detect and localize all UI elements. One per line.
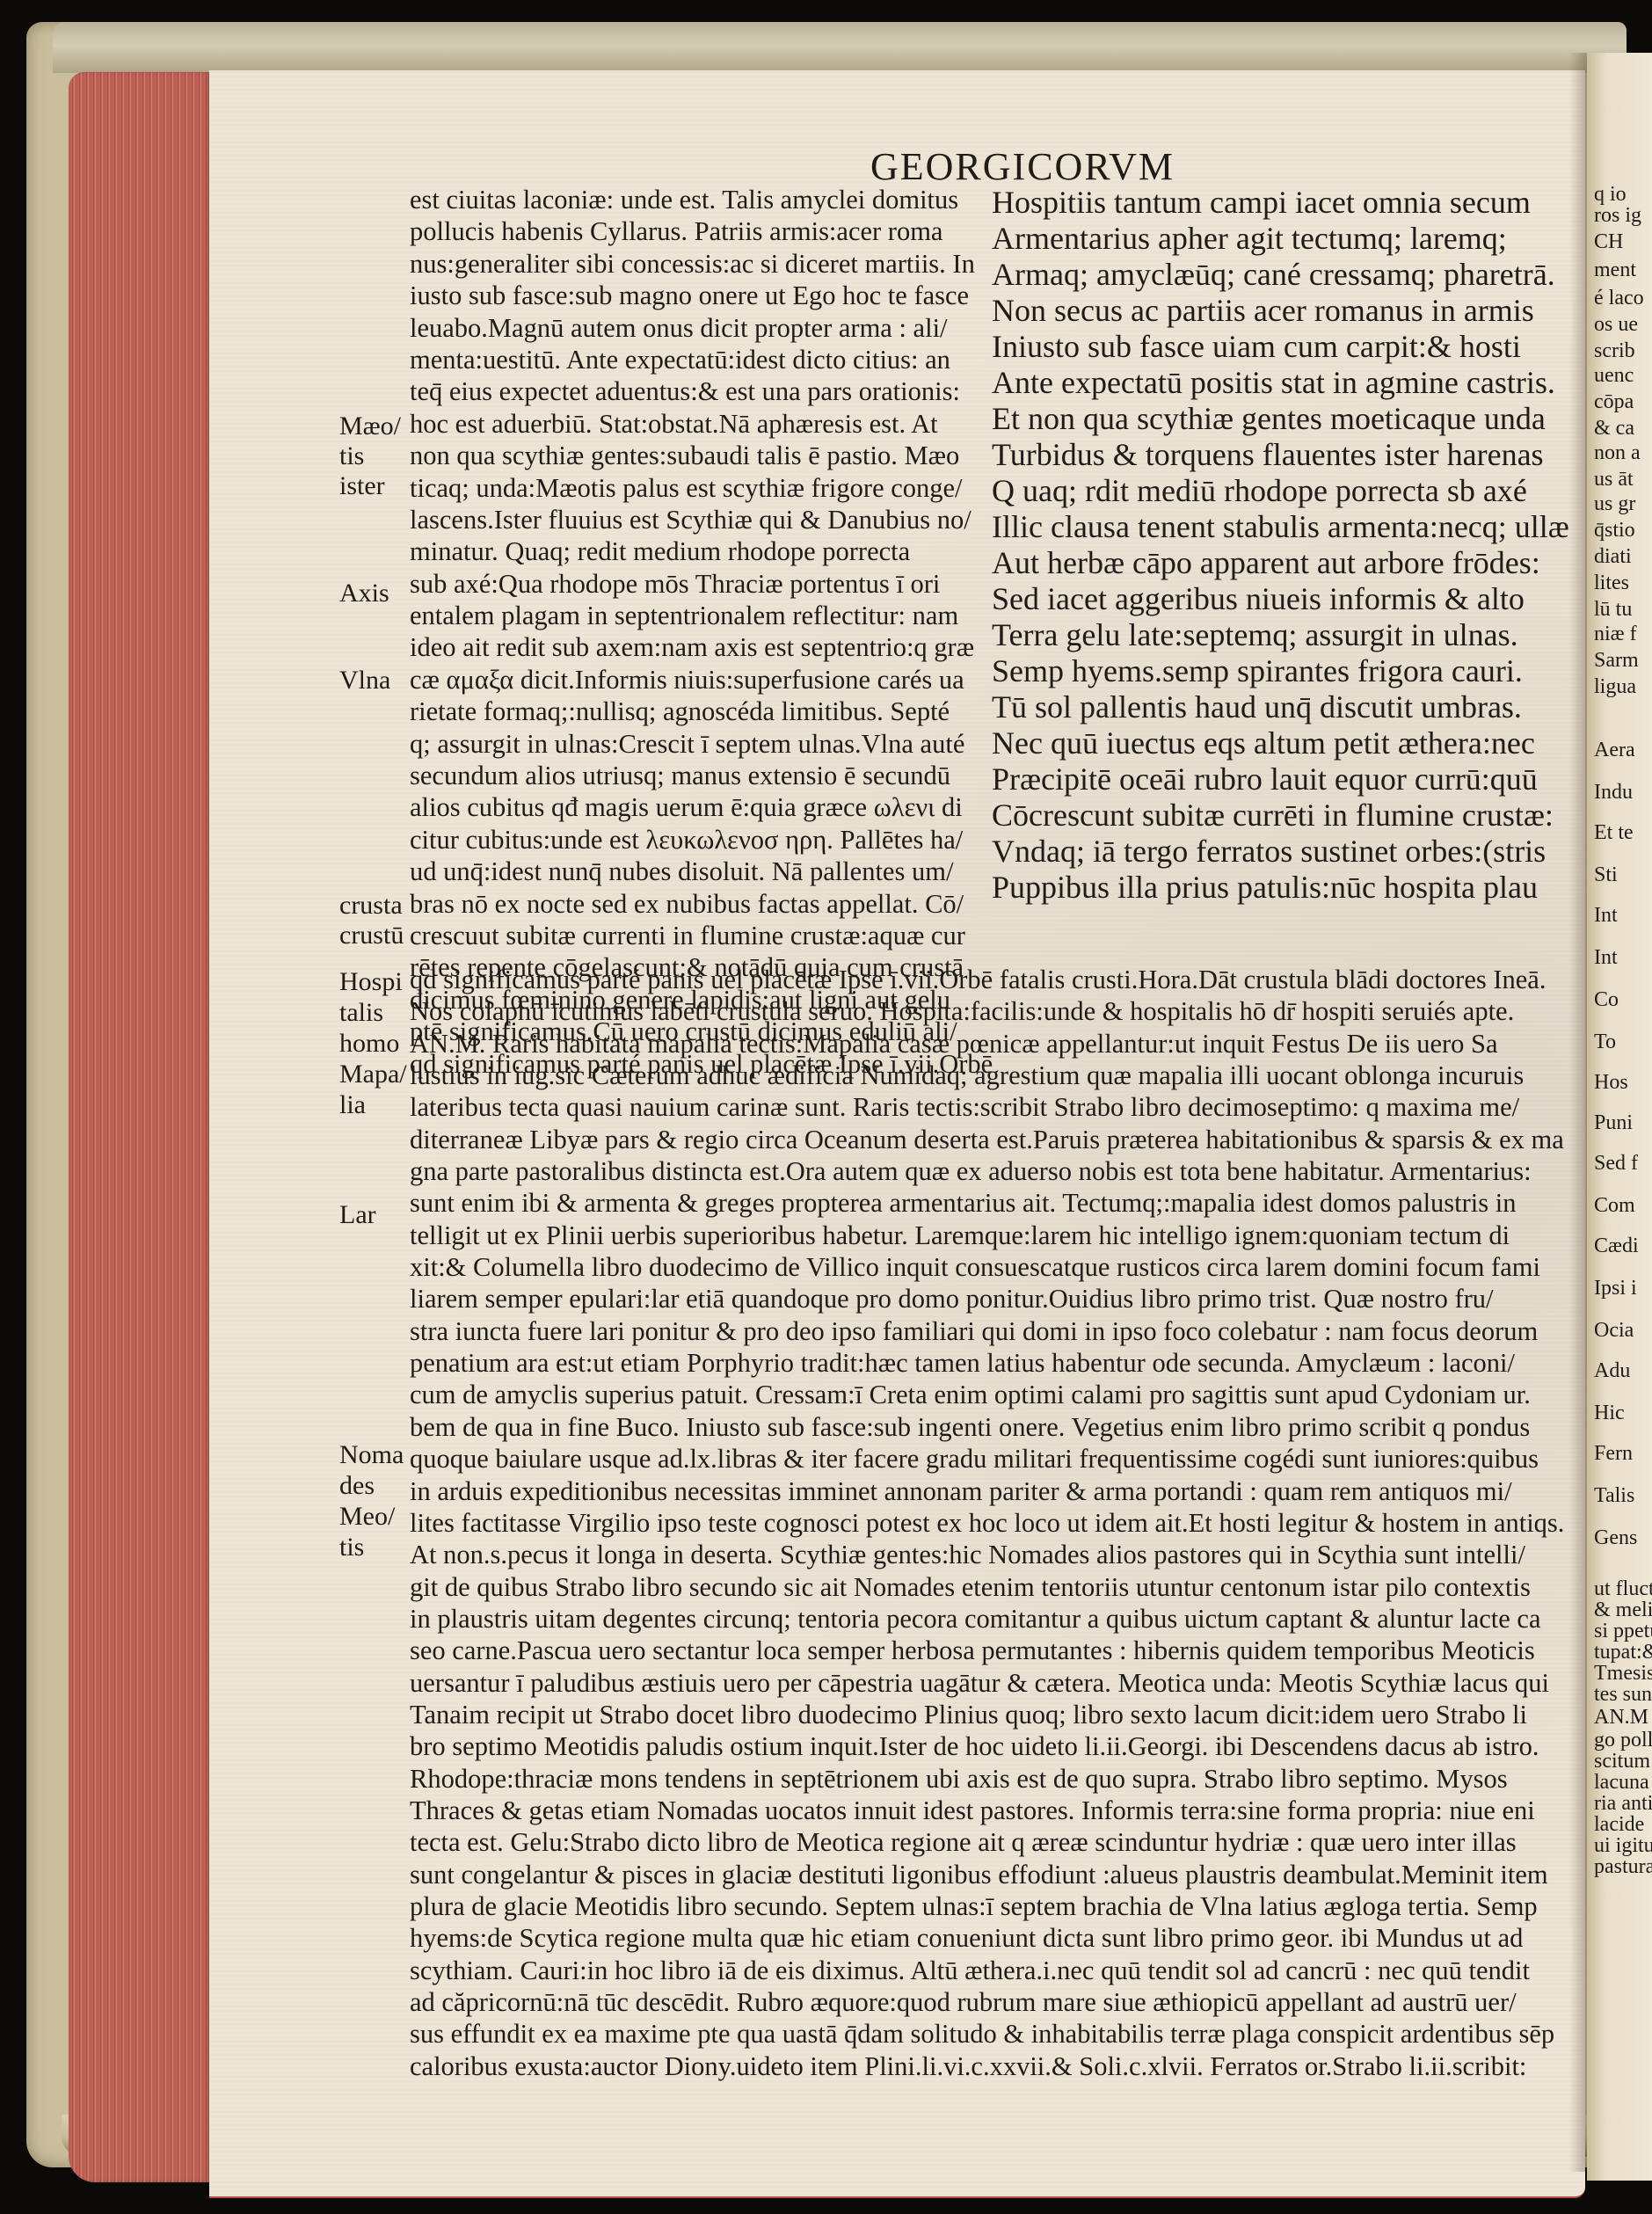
facing-page-fragment: & melit (1594, 1599, 1652, 1622)
commentary-line: penatium ara est:ut etiam Porphyrio trad… (410, 1350, 1561, 1381)
facing-page-fragment: Int (1594, 904, 1618, 928)
facing-page-fragment: go poll (1594, 1729, 1652, 1752)
verse-line: Nec quū iuectus eqs altum petit æthera:n… (992, 727, 1572, 763)
facing-page-fragment: scitum (1594, 1750, 1650, 1773)
verse-line: Tū sol pallentis haud unq̄ discutit umbr… (992, 691, 1572, 727)
commentary-line: leuabo.Magnū autem onus dicit propter ar… (410, 315, 964, 346)
margin-note: Mæo/ (339, 411, 401, 442)
verse-line: Illic clausa tenent stabulis armenta:nec… (992, 511, 1572, 547)
facing-page-fragment: ut fluct (1594, 1577, 1652, 1601)
margin-note: tis (339, 441, 364, 472)
binding-top-edge (53, 22, 1627, 73)
facing-page-fragment: AN.M (1594, 1706, 1648, 1730)
commentary-line: seo carne.Pascua uero sectantur loca sem… (410, 1637, 1561, 1669)
commentary-line: cum de amyclis superius patuit. Cressam:… (410, 1381, 1561, 1413)
margin-note: Mapa/ (339, 1060, 407, 1090)
running-head: GEORGICORVM (870, 148, 1175, 186)
commentary-line: git de quibus Strabo libro secundo sic a… (410, 1574, 1561, 1606)
commentary-line: Tanaim recipit ut Strabo docet libro duo… (410, 1701, 1561, 1733)
commentary-line: sunt enim ibi & armenta & greges propter… (410, 1190, 1561, 1221)
margin-note: talis (339, 998, 383, 1029)
commentary-line: ticaq; unda:Mæotis palus est scythiæ fri… (410, 475, 964, 506)
commentary-line: alios cubitus qđ magis uerum ē:quia græc… (410, 794, 964, 826)
commentary-line: Nos colaphū īcutimus labēti crustula ser… (410, 998, 1561, 1030)
margin-note: homo (339, 1029, 399, 1060)
commentary-line: pollucis habenis Cyllarus. Patriis armis… (410, 218, 964, 250)
commentary-line: sus effundit ex ea maxime pte qua uastā … (410, 2021, 1561, 2052)
commentary-line: non qua scythiæ gentes:subaudi talis ē p… (410, 442, 964, 474)
commentary-line: in plaustris uitam degentes circunq; ten… (410, 1606, 1561, 1637)
verse-line: Et non qua scythiæ gentes moeticaque und… (992, 403, 1572, 439)
facing-page-fragment: non a (1594, 441, 1641, 465)
facing-page-fragment: q̄stio (1594, 519, 1635, 543)
facing-page-fragment: lacuna (1594, 1771, 1649, 1795)
commentary-line: nus:generaliter sibi concessis:ac si dic… (410, 251, 964, 282)
verse-line: Cōcrescunt subitæ currēti in flumine cru… (992, 799, 1572, 835)
verse-column: Hospitiis tantum campi iacet omnia secum… (992, 186, 1572, 907)
commentary-line: ad căpricornū:nā tūc descēdit. Rubro æqu… (410, 1989, 1561, 2021)
commentary-line: hyems:de Scytica regione multa quæ hic e… (410, 1925, 1561, 1956)
verse-line: Semp hyems.semp spirantes frigora cauri. (992, 655, 1572, 691)
commentary-line: teq̄ eius expectet aduentus:& est una pa… (410, 378, 964, 410)
commentary-line: bem de qua in fine Buco. Iniusto sub fas… (410, 1414, 1561, 1446)
margin-note: lia (339, 1090, 366, 1121)
facing-page-fragment: q io (1594, 183, 1627, 207)
commentary-line: lateribus tecta quasi nauium carinæ sunt… (410, 1094, 1561, 1125)
commentary-line: At non.s.pecus it longa in deserta. Scyt… (410, 1541, 1561, 1573)
facing-page-fragment: Aera (1594, 739, 1635, 762)
facing-page-fragment: ria anti (1594, 1792, 1652, 1816)
commentary-line: telligit ut ex Plinii uerbis superioribu… (410, 1222, 1561, 1254)
commentary-line: hoc est aduerbiū. Stat:obstat.Nā aphæres… (410, 411, 964, 442)
margin-note: Lar (339, 1200, 376, 1231)
facing-page-fragment: Fern (1594, 1442, 1633, 1466)
commentary-line: iusto sub fasce:sub magno onere ut Ego h… (410, 282, 964, 314)
margin-note: Axis (339, 579, 389, 609)
facing-page-fragment: Ocia (1594, 1319, 1634, 1343)
facing-page-fragment: Com (1594, 1194, 1635, 1218)
facing-page-fragment: Indu (1594, 781, 1633, 805)
verse-line: Aut herbæ cāpo apparent aut arbore frōde… (992, 547, 1572, 583)
margin-note: crustū (339, 921, 404, 951)
commentary-line: est ciuitas laconiæ: unde est. Talis amy… (410, 186, 964, 218)
facing-page-fragment: Sarm (1594, 649, 1639, 673)
facing-page-fragment: Co (1594, 988, 1619, 1012)
commentary-line: secundum alios utriusq; manus extensio ē… (410, 762, 964, 794)
commentary-line: quoque baiulare usque ad.lx.libras & ite… (410, 1446, 1561, 1477)
commentary-line: scythiam. Cauri:in hoc libro iā de eis d… (410, 1957, 1561, 1989)
facing-page-fragment: To (1594, 1031, 1616, 1054)
commentary-line: in arduis expeditionibus necessitas immi… (410, 1478, 1561, 1510)
commentary-line: Rhodope:thraciæ mons tendens in septētri… (410, 1766, 1561, 1797)
margin-note: crusta (339, 891, 403, 921)
facing-page-fragment: Sed f (1594, 1152, 1638, 1176)
gutter-shadow (1569, 53, 1589, 2172)
margin-note: Meo/ (339, 1502, 395, 1533)
facing-page-fragment: Cædi (1594, 1234, 1639, 1258)
commentary-line: cæ αμαξα dicit.Informis niuis:superfusio… (410, 666, 964, 698)
facing-page-fragment: lacide (1594, 1813, 1644, 1837)
facing-page-strip: q ioros igCHmenté lacoos uescribuenccōpa… (1587, 53, 1652, 2181)
commentary-line: stra iuncta fuere lari ponitur & pro deo… (410, 1318, 1561, 1350)
facing-page-fragment: cōpa (1594, 390, 1634, 414)
commentary-line: sub axé:Qua rhodope mōs Thraciæ portentu… (410, 571, 964, 602)
commentary-line: rietate formaq;:nullisq; agnoscéda limit… (410, 698, 964, 730)
commentary-line: gna parte pastoralibus distincta est.Ora… (410, 1158, 1561, 1190)
verse-line: Q uaq; rdit mediū rhodope porrecta sb ax… (992, 475, 1572, 511)
verse-line: Sed iacet aggeribus niueis informis & al… (992, 583, 1572, 619)
commentary-line: sunt congelantur & pisces in glaciæ dest… (410, 1861, 1561, 1893)
commentary-column-top-left: est ciuitas laconiæ: unde est. Talis amy… (410, 186, 964, 1082)
margin-note: Hospi (339, 967, 403, 998)
commentary-line: AN.M. Raris habitata mapalia tectis:Mapa… (410, 1031, 1561, 1062)
facing-page-fragment: CH (1594, 230, 1623, 254)
margin-note: ister (339, 471, 385, 502)
commentary-line: lustius in iug.sic Cæterum adhuc ædifici… (410, 1062, 1561, 1094)
facing-page-fragment: diati (1594, 545, 1632, 569)
verse-line: Armaq; amyclæūq; cané cressamq; pharetrā… (992, 259, 1572, 295)
verse-line: Armentarius apher agit tectumq; laremq; (992, 222, 1572, 259)
verse-line: Puppibus illa prius patulis:nūc hospita … (992, 871, 1572, 907)
facing-page-fragment: Ipsi i (1594, 1277, 1637, 1300)
facing-page-fragment: us gr (1594, 492, 1635, 516)
facing-page-fragment: si ppetu (1594, 1620, 1652, 1643)
commentary-line: ideo ait redit sub axem:nam axis est sep… (410, 634, 964, 666)
facing-page-fragment: Hic (1594, 1402, 1625, 1425)
commentary-line: q; assurgit in ulnas:Crescit ī septem ul… (410, 731, 964, 762)
facing-page-fragment: Talis (1594, 1484, 1634, 1508)
facing-page-fragment: Hos (1594, 1071, 1628, 1095)
margin-note: des (339, 1471, 375, 1502)
facing-page-fragment: uenc (1594, 364, 1634, 388)
margin-note: Noma (339, 1440, 404, 1471)
verse-line: Vndaq; iā tergo ferratos sustinet orbes:… (992, 835, 1572, 871)
commentary-line: plura de glacie Meotidis libro secundo. … (410, 1893, 1561, 1925)
facing-page-fragment: pastura (1594, 1855, 1652, 1879)
facing-page-fragment: ros ig (1594, 204, 1641, 228)
verse-line: Ante expectatū positis stat in agmine ca… (992, 367, 1572, 403)
margin-note: tis (339, 1533, 364, 1563)
facing-page-fragment: Tmesis p (1594, 1662, 1652, 1686)
verse-line: Terra gelu late:septemq; assurgit in uln… (992, 619, 1572, 655)
facing-page-fragment: tes sunt (1594, 1683, 1652, 1707)
verse-line: Turbidus & torquens flauentes ister hare… (992, 439, 1572, 475)
margin-note: Vlna (339, 666, 390, 696)
facing-page-fragment: scrib (1594, 339, 1635, 363)
commentary-line: lites factitasse Virgilio ipso teste cog… (410, 1510, 1561, 1541)
facing-page-fragment: ligua (1594, 675, 1636, 699)
commentary-line: xit:& Columella libro duodecimo de Villi… (410, 1254, 1561, 1285)
commentary-line: minatur. Quaq; redit medium rhodope porr… (410, 538, 964, 570)
facing-page-fragment: ment (1594, 259, 1636, 282)
commentary-line: caloribus exusta:auctor Diony.uideto ite… (410, 2053, 1561, 2085)
commentary-line: crescuut subitæ currenti in flumine crus… (410, 922, 964, 954)
facing-page-fragment: lū tu (1594, 598, 1632, 622)
commentary-line: bro septimo Meotidis paludis ostium inqu… (410, 1733, 1561, 1765)
commentary-line: bras nō ex nocte sed ex nubibus factas a… (410, 891, 964, 922)
commentary-line: qd significamus parté panis uel placētæ … (410, 966, 1561, 998)
commentary-line: liarem semper epulari:lar etiā quandoque… (410, 1285, 1561, 1317)
facing-page-fragment: Int (1594, 946, 1618, 970)
commentary-line: ud unq̄:idest nunq̄ nubes disoluit. Nā p… (410, 858, 964, 890)
commentary-line: diterraneæ Libyæ pars & regio circa Ocea… (410, 1126, 1561, 1158)
facing-page-fragment: é laco (1594, 287, 1644, 310)
facing-page-fragment: us āt (1594, 468, 1634, 492)
verse-line: Præcipitē oceāi rubro lauit equor currū:… (992, 763, 1572, 799)
commentary-line: tecta est. Gelu:Strabo dicto libro de Me… (410, 1829, 1561, 1861)
commentary-line: citur cubitus:unde est λευκωλενοσ ηρη. P… (410, 827, 964, 858)
facing-page-fragment: niæ f (1594, 623, 1637, 646)
facing-page-fragment: Sti (1594, 863, 1618, 887)
facing-page-fragment: Puni (1594, 1111, 1633, 1135)
verse-line: Non secus ac partiis acer romanus in arm… (992, 295, 1572, 331)
facing-page-fragment: os ue (1594, 313, 1638, 337)
facing-page-fragment: Adu (1594, 1359, 1630, 1383)
facing-page-fragment: lites (1594, 572, 1629, 595)
verse-line: Iniusto sub fasce uiam cum carpit:& host… (992, 331, 1572, 367)
commentary-line: entalem plagam in septentrionalem reflec… (410, 602, 964, 634)
facing-page-fragment: Gens (1594, 1526, 1637, 1550)
commentary-line: Thraces & getas etiam Nomadas uocatos in… (410, 1797, 1561, 1829)
commentary-full-width: qd significamus parté panis uel placētæ … (410, 966, 1561, 2085)
commentary-line: uersantur ī paludibus æstiuis uero per c… (410, 1670, 1561, 1701)
facing-page-fragment: Et te (1594, 821, 1634, 845)
facing-page-fragment: tupat:& (1594, 1641, 1652, 1664)
commentary-line: menta:uestitū. Ante expectatū:idest dict… (410, 346, 964, 378)
commentary-line: lascens.Ister fluuius est Scythiæ qui & … (410, 506, 964, 538)
verse-line: Hospitiis tantum campi iacet omnia secum (992, 186, 1572, 222)
facing-page-fragment: & ca (1594, 417, 1634, 441)
red-stained-page-edges (69, 72, 209, 2182)
facing-page-fragment: ui igitu (1594, 1834, 1652, 1858)
